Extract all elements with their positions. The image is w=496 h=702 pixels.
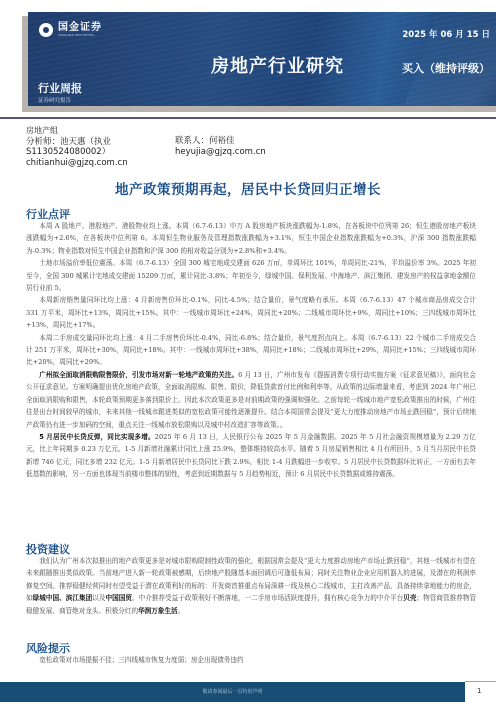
- pick-xiamen-itg: 中国国贸: [105, 594, 131, 602]
- paragraph-new-home-sales: 本周新房销售量同环比均上涨：4 月新房售价环比-0.1%，同比-4.5%；结合量…: [26, 294, 476, 331]
- guangzhou-text: 6 月 13 日，广州市发布《提振消费专项行动实施方案（征求意见稿）》，面向社会…: [26, 371, 476, 429]
- paragraph-guangzhou-policy: 广州拟全面取消限购限售限价，引发市场对新一轮地产政策的关注。6 月 13 日，广…: [26, 369, 476, 431]
- footer-disclaimer: 敬请参阅最后一页特别声明: [0, 688, 465, 695]
- pick-cr-mixc: 华润万象生活: [138, 607, 178, 615]
- paragraph-land-market: 土地市场溢价率低位震荡。本周（6.7-6.13）全国 300 城宅地成交建面 6…: [26, 257, 476, 294]
- review-body: 本周 A 股地产、港股地产、港股物业均上涨。本周（6.7-6.13）申万 A 股…: [26, 220, 476, 481]
- paragraph-stock-performance: 本周 A 股地产、港股地产、港股物业均上涨。本周（6.7-6.13）申万 A 股…: [26, 220, 476, 257]
- team-name: 房地产组: [26, 126, 128, 137]
- footer-bar: 敬请参阅最后一页特别声明: [0, 682, 465, 702]
- contact-name: 联系人：何裕佳: [175, 136, 266, 147]
- advice-text-c: 。中介推荐受益于政策利好不断落地，一二手房市场活跃度提升，拥有核心竞争力的中介平…: [132, 594, 403, 602]
- report-banner: 国金证券 SINOLINK SECURITIES 2025 年 06 月 15 …: [28, 12, 496, 106]
- rating-label: 买入（维持评级）: [402, 60, 490, 76]
- report-headline: 地产政策预期再起，居民中长贷回归正增长: [0, 178, 496, 198]
- footer-divider: [465, 681, 496, 682]
- report-subtitle: 证券研究报告: [38, 96, 71, 104]
- analyst-email[interactable]: chitianhui@gjzq.com.cn: [26, 158, 128, 169]
- logo-text: 国金证券 SINOLINK SECURITIES: [58, 23, 102, 37]
- paragraph-risk: 宽松政策对市场提振不佳；三四线城市恢复力度弱；房企出现债务违约: [26, 654, 476, 666]
- logo-name-en: SINOLINK SECURITIES: [58, 34, 102, 37]
- header-divider: [0, 117, 496, 119]
- pick-separator: 、: [59, 594, 66, 602]
- logo-name-cn: 国金证券: [58, 23, 102, 33]
- contact-block: 联系人：何裕佳 heyujia@gjzq.com.cn: [175, 136, 266, 157]
- report-title: 房地产行业研究: [211, 52, 344, 78]
- logo-ring-icon: [39, 23, 53, 37]
- contact-email[interactable]: heyujia@gjzq.com.cn: [175, 147, 266, 158]
- paragraph-second-hand-sales: 本周二手房成交量同环比均上涨：4 月二手房售价环比-0.4%，同比-6.8%；结…: [26, 332, 476, 369]
- analyst-block: 房地产组 分析师：池天惠（执业 S1130524080002） chitianh…: [26, 126, 128, 168]
- loan-lead: 5 月居民中长贷反弹，同比实现多增。: [39, 433, 155, 441]
- paragraph-advice: 我们认为广州本次拟推出的地产政策更多是对城市限购限制性政策的强化，根据国常会提及…: [26, 555, 476, 617]
- pick-ke: 贝壳: [403, 594, 416, 602]
- report-type: 行业周报: [38, 80, 82, 96]
- risk-body: 宽松政策对市场提振不佳；三四线城市恢复力度弱；房企出现债务违约: [26, 654, 476, 666]
- advice-body: 我们认为广州本次拟推出的地产政策更多是对城市限购限制性政策的强化，根据国常会提及…: [26, 555, 476, 617]
- advice-text-b: 以及: [92, 594, 105, 602]
- report-date: 2025 年 06 月 15 日: [402, 28, 490, 40]
- pick-greentown: 绿城中国: [33, 594, 59, 602]
- company-logo: 国金证券 SINOLINK SECURITIES: [39, 23, 102, 37]
- page-number: 1: [477, 687, 481, 695]
- analyst-license: S1130524080002）: [26, 147, 128, 158]
- guangzhou-lead: 广州拟全面取消限购限售限价，引发市场对新一轮地产政策的关注。: [39, 371, 238, 379]
- advice-text-e: 。: [178, 607, 185, 615]
- pick-binjiang: 滨江集团: [66, 594, 92, 602]
- analyst-name: 分析师：池天惠（执业: [26, 137, 128, 148]
- paragraph-loans: 5 月居民中长贷反弹，同比实现多增。2025 年 6 月 13 日，人民银行公布…: [26, 431, 476, 481]
